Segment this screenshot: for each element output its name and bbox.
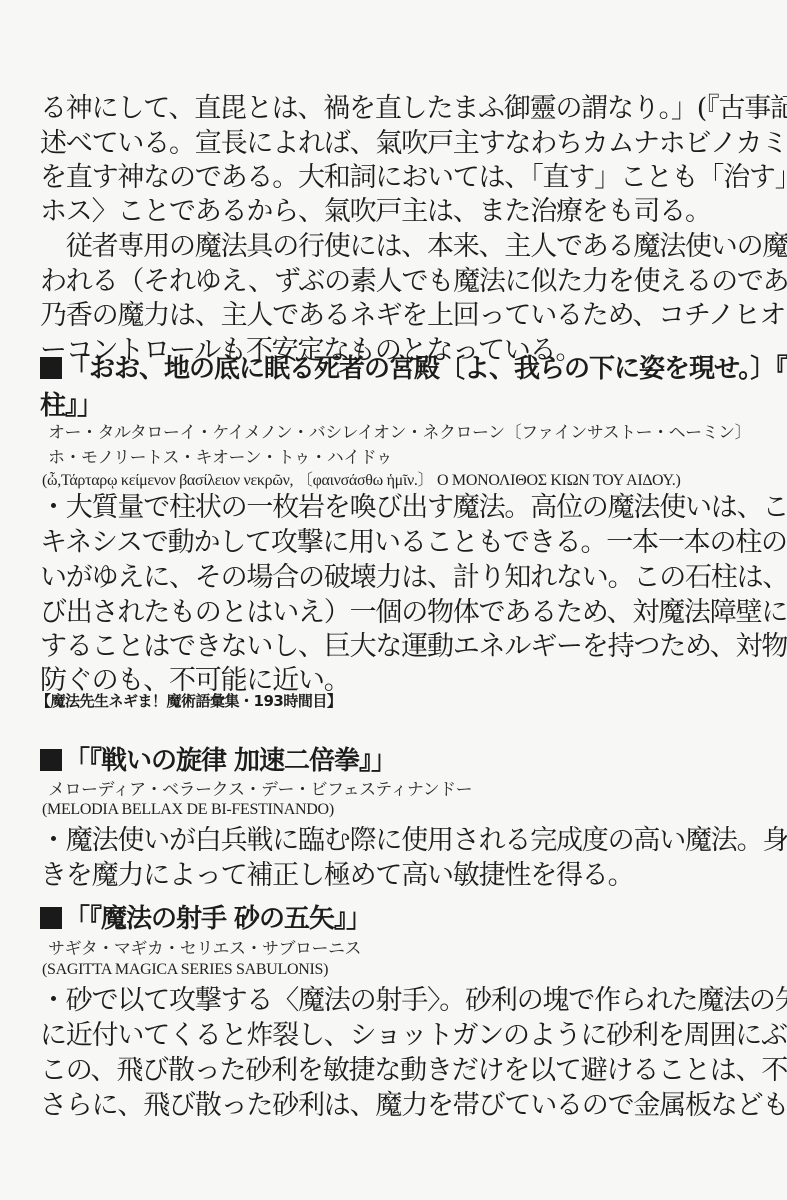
text-line: ・魔法使いが白兵戦に臨む際に使用される完成度の高い魔法。身体各部の動 (40, 826, 787, 856)
text-line: び出されたものとはいえ）一個の物体であるため、対魔法障壁によって防御 (40, 598, 787, 628)
text-line: いがゆえに、その場合の破壊力は、計り知れない。この石柱は、（魔法で喚 (40, 563, 787, 593)
text-line: 述べている。宣長によれば、氣吹戸主すなわちカムナホビノカミとは、災禍 (40, 129, 787, 159)
entry-heading-continued: 柱』」 (40, 385, 102, 422)
text-line: ・大質量で柱状の一枚岩を喚び出す魔法。高位の魔法使いは、これをサイコ (40, 493, 787, 523)
entry-reading: オー・タルタローイ・ケイメノン・バシレイオン・ネクローン〔ファインサストー・ヘー… (48, 418, 751, 443)
square-bullet-icon (40, 749, 62, 771)
entry-heading: 「『魔法の射手 砂の五矢』」 (40, 898, 371, 935)
entry-original: (SAGITTA MAGICA SERIES SABULONIS) (42, 961, 328, 979)
text-line: る神にして、直毘とは、禍を直したまふ御靈の謂なり。」(『古事記伝』六之巻) と (40, 94, 787, 124)
entry-original: (MELODIA BELLAX DE BI-FESTINANDO) (42, 801, 334, 819)
text-line: することはできないし、巨大な運動エネルギーを持つため、対物魔法障壁で (40, 632, 787, 662)
text-line: に近付いてくると炸裂し、ショットガンのように砂利を周囲にぶちまける。 (40, 1021, 787, 1051)
entry-heading: 「おお、地の底に眠る死者の宮殿〔よ、我らの下に姿を現せ。〕『冥府の石 (40, 348, 787, 385)
text-line: ホス〉ことであるから、氣吹戸主は、また治療をも司る。 (40, 197, 711, 227)
text-line: キネシスで動かして攻撃に用いることもできる。一本一本の柱の質量が大き (40, 528, 787, 558)
text-line: を直す神なのである。大和詞においては、「直す」ことも「治す」ことも〈ナ (40, 163, 787, 193)
entry-original: (ὦ,Τάρταρῳ κείμενον βασίλειον νεκρῶν, 〔φ… (42, 467, 681, 490)
text-line: さらに、飛び散った砂利は、魔力を帯びているので金属板なども貫通する。 (40, 1091, 787, 1121)
entry-reading: メローディア・ベラークス・デー・ビフェスティナンドー (48, 775, 472, 800)
section-tag: 【魔法先生ネギま！魔術語彙集・193時間目】 (36, 690, 341, 711)
text-line: われる（それゆえ、ずぶの素人でも魔法に似た力を使えるのである）が、木 (40, 267, 787, 297)
text-line: 乃香の魔力は、主人であるネギを上回っているため、コチノヒオウギのパワ (40, 301, 787, 331)
entry-heading-text: 「おお、地の底に眠る死者の宮殿〔よ、我らの下に姿を現せ。〕『冥府の石 (64, 354, 787, 384)
text-line: ・砂で以て攻撃する〈魔法の射手〉。砂利の塊で作られた魔法の矢は、標的 (40, 986, 787, 1016)
text-line: きを魔力によって補正し極めて高い敏捷性を得る。 (40, 861, 633, 891)
text-line: この、飛び散った砂利を敏捷な動きだけを以て避けることは、不可能に近い。 (40, 1056, 787, 1086)
square-bullet-icon (40, 907, 62, 929)
entry-heading-text: 「『魔法の射手 砂の五矢』」 (64, 904, 371, 934)
glossary-page: る神にして、直毘とは、禍を直したまふ御靈の謂なり。」(『古事記伝』六之巻) と … (0, 0, 787, 1200)
entry-heading-text: 「『戦いの旋律 加速二倍拳』」 (64, 746, 396, 776)
entry-reading: サギタ・マギカ・セリエス・サブローニス (48, 934, 361, 959)
square-bullet-icon (40, 357, 62, 379)
entry-heading: 「『戦いの旋律 加速二倍拳』」 (40, 740, 396, 777)
entry-reading: ホ・モノリートス・キオーン・トゥ・ハイドゥ (48, 443, 392, 468)
text-line: 従者専用の魔法具の行使には、本来、主人である魔法使いの魔力があてが (40, 232, 787, 262)
